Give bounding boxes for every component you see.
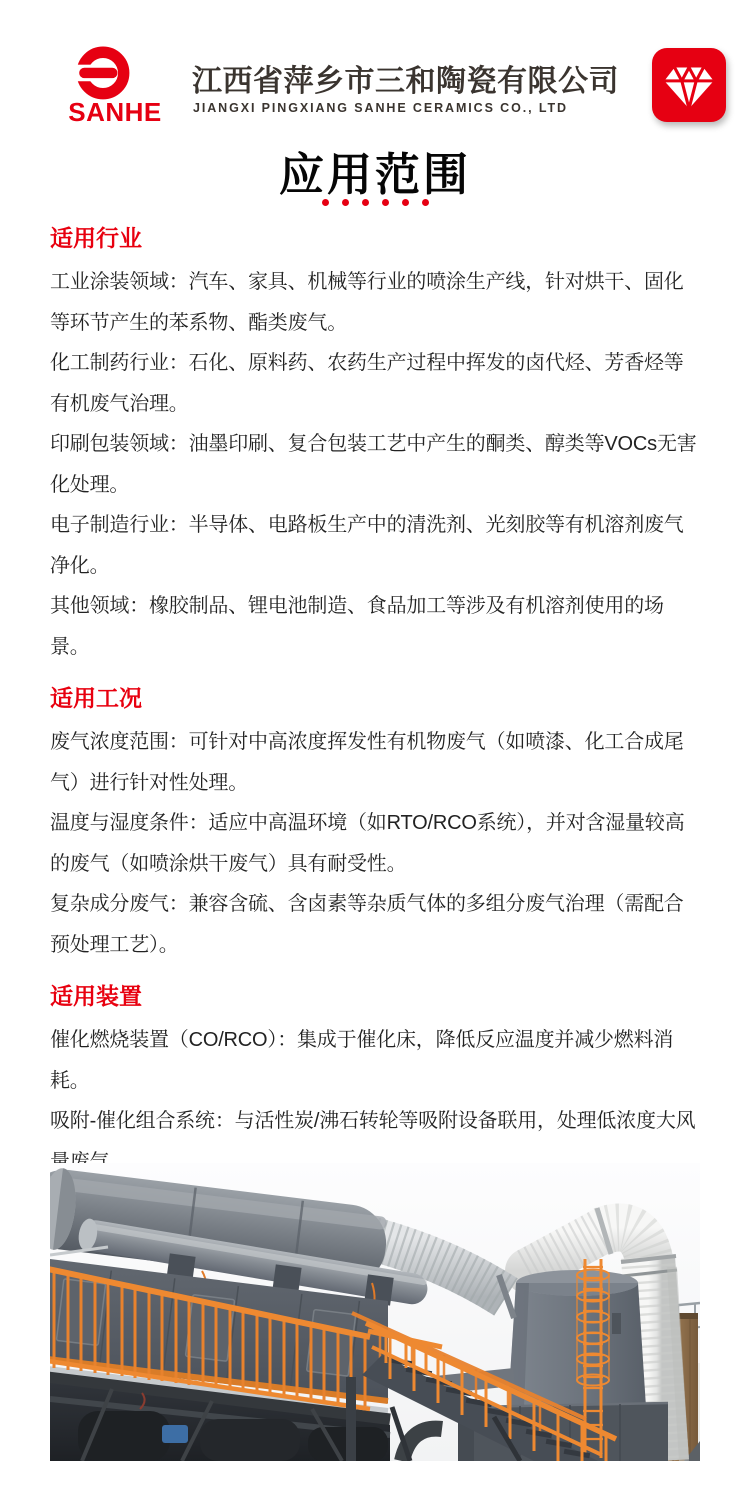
logo-wordmark: SANHE (42, 97, 188, 128)
section-industries: 适用行业 工业涂装领域：汽车、家具、机械等行业的喷涂生产线，针对烘干、固化等环节… (50, 220, 703, 667)
section-working-conditions: 适用工况 废气浓度范围：可针对中高浓度挥发性有机物废气（如喷漆、化工合成尾气）进… (50, 680, 703, 965)
section-heading: 适用工况 (50, 680, 703, 713)
diamond-icon (652, 48, 726, 122)
paragraph: 其他领域：橡胶制品、锂电池制造、食品加工等涉及有机溶剂使用的场景。 (50, 586, 703, 667)
gem-badge (652, 48, 726, 122)
paragraph: 复杂成分废气：兼容含硫、含卤素等杂质气体的多组分废气治理（需配合预处理工艺）。 (50, 884, 703, 965)
sanhe-logo-icon (74, 45, 132, 103)
equipment-photo (50, 1163, 700, 1461)
section-heading: 适用行业 (50, 220, 703, 253)
paragraph: 电子制造行业：半导体、电路板生产中的清洗剂、光刻胶等有机溶剂废气净化。 (50, 505, 703, 586)
page-title: 应用范围 (0, 138, 750, 203)
paragraph: 工业涂装领域：汽车、家具、机械等行业的喷涂生产线，针对烘干、固化等环节产生的苯系… (50, 262, 703, 343)
paragraph: 化工制药行业：石化、原料药、农药生产过程中挥发的卤代烃、芳香烃等有机废气治理。 (50, 343, 703, 424)
paragraph: 催化燃烧装置（CO/RCO）：集成于催化床，降低反应温度并减少燃料消耗。 (50, 1020, 703, 1101)
main-content: 适用行业 工业涂装领域：汽车、家具、机械等行业的喷涂生产线，针对烘干、固化等环节… (50, 220, 703, 1263)
title-dots-divider (0, 199, 750, 206)
paragraph: 温度与湿度条件：适应中高温环境（如RTO/RCO系统），并对含湿量较高的废气（如… (50, 803, 703, 884)
paragraph: 废气浓度范围：可针对中高浓度挥发性有机物废气（如喷漆、化工合成尾气）进行针对性处… (50, 722, 703, 803)
company-name-en: JIANGXI PINGXIANG SANHE CERAMICS CO., LT… (193, 101, 568, 115)
section-heading: 适用装置 (50, 978, 703, 1011)
company-name-zh: 江西省萍乡市三和陶瓷有限公司 (192, 56, 619, 100)
paragraph: 印刷包装领域：油墨印刷、复合包装工艺中产生的酮类、醇类等VOCs无害化处理。 (50, 424, 703, 505)
